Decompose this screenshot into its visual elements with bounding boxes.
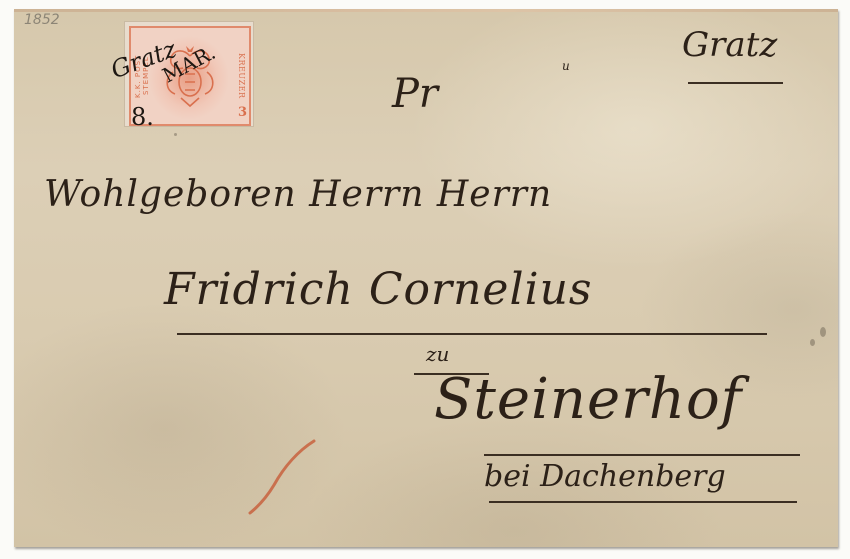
recipient-name: Fridrich Cornelius	[164, 264, 593, 315]
destination-place: Steinerhof	[434, 367, 742, 432]
per-abbreviation: Pr	[392, 71, 438, 117]
ink-speck	[810, 339, 815, 346]
recipient-underline	[177, 333, 767, 335]
district-underline	[489, 501, 797, 503]
ink-speck	[820, 327, 826, 337]
origin-underline	[688, 82, 783, 84]
postal-cover: 1852 K.K. POST STEMPEL KREUZER 3 Gratz M…	[14, 9, 838, 547]
red-crayon-mark-icon	[240, 437, 320, 519]
pencil-year-note: 1852	[24, 12, 60, 28]
stamp-denomination: 3	[238, 105, 247, 120]
ink-speck	[174, 133, 177, 136]
preposition-zu: zu	[426, 342, 449, 366]
tick-mark: u	[562, 59, 570, 73]
postmark-day: 8.	[131, 103, 154, 131]
destination-underline	[484, 454, 800, 456]
district-line: bei Dachenberg	[484, 459, 726, 494]
salutation-line: Wohlgeboren Herrn Herrn	[44, 174, 552, 215]
origin-city-handwritten: Gratz	[682, 25, 777, 65]
